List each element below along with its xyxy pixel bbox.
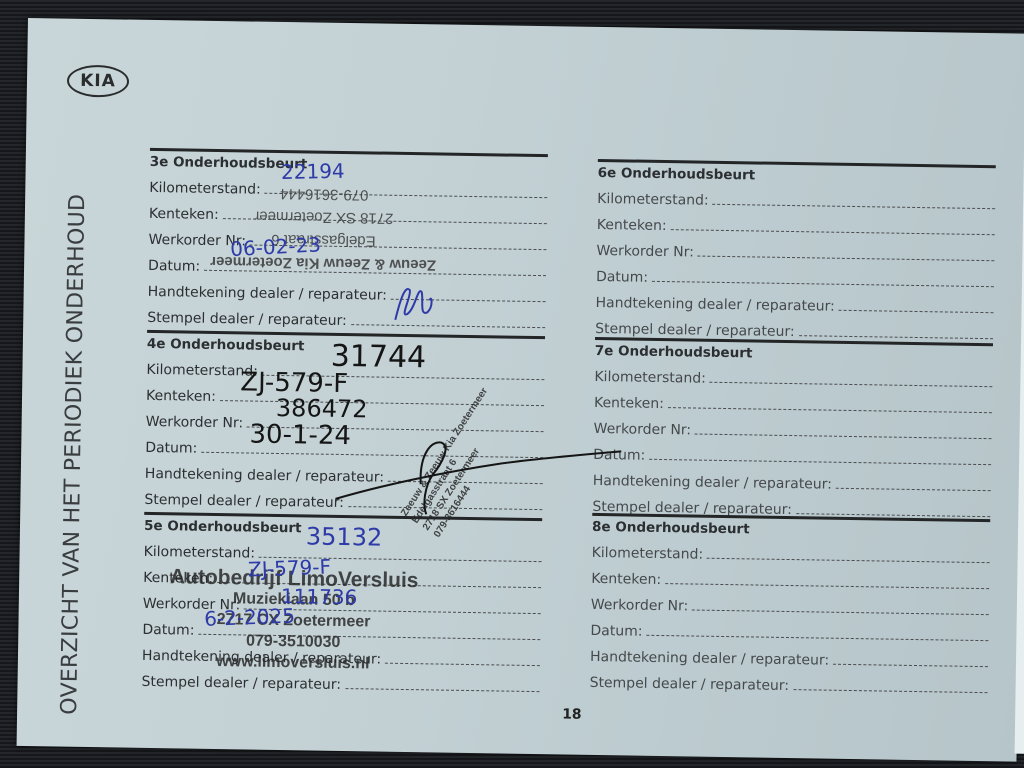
- signature-section-3: [395, 289, 431, 321]
- booklet-page: KIA OVERZICHT VAN HET PERIODIEK ONDERHOU…: [17, 18, 1024, 762]
- page-number: 18: [562, 706, 582, 722]
- signatures: [17, 18, 1024, 762]
- signature-section-4: [335, 441, 621, 518]
